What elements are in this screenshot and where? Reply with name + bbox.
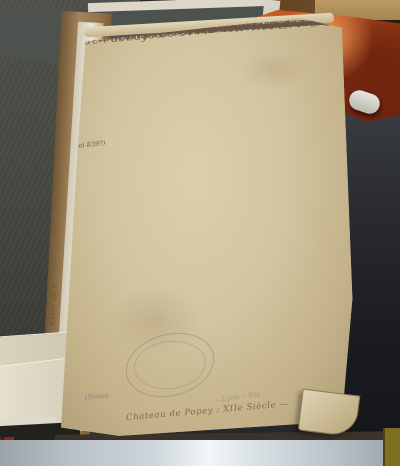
bottom-caption: Chateau de Popey : XIIe Siècle — <box>126 399 289 423</box>
glossy-surface-bottom <box>0 440 400 466</box>
manuscript-page: Extraits du Cartulaire de l'abbaye de St… <box>55 16 360 438</box>
foxing-stain <box>238 50 308 90</box>
photo-of-manuscript-stack: Notre de P. Extraits du Cartulaire de l'… <box>0 0 400 466</box>
olive-object-bottom-right <box>383 428 400 466</box>
margin-bottom-note: (Notes <box>85 392 109 401</box>
